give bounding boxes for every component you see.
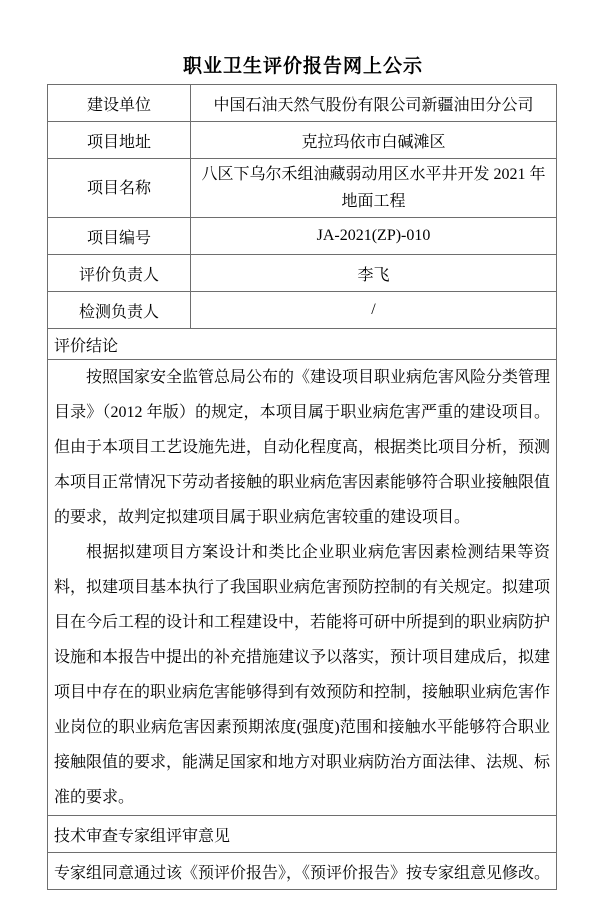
review-comment: 专家组同意通过该《预评价报告》，《预评价报告》按专家组意见修改。 xyxy=(48,853,557,890)
row-project-number: 项目编号 JA-2021(ZP)-010 xyxy=(48,218,557,255)
row-project-name: 项目名称 八区下乌尔禾组油藏弱动用区水平井开发 2021 年地面工程 xyxy=(48,159,557,218)
row-project-address: 项目地址 克拉玛依市白碱滩区 xyxy=(48,122,557,159)
conclusion-text-cell: 按照国家安全监管总局公布的《建设项目职业病危害风险分类管理目录》（2012 年版… xyxy=(48,360,557,816)
conclusion-header: 评价结论 xyxy=(48,329,557,360)
field-value: 克拉玛依市白碱滩区 xyxy=(191,122,557,159)
row-conclusion-header: 评价结论 xyxy=(48,329,557,360)
row-evaluation-lead: 评价负责人 李飞 xyxy=(48,255,557,292)
field-value: 八区下乌尔禾组油藏弱动用区水平井开发 2021 年地面工程 xyxy=(191,159,557,218)
row-construction-unit: 建设单位 中国石油天然气股份有限公司新疆油田分公司 xyxy=(48,85,557,122)
field-value: 中国石油天然气股份有限公司新疆油田分公司 xyxy=(191,85,557,122)
conclusion-paragraph-1: 按照国家安全监管总局公布的《建设项目职业病危害风险分类管理目录》（2012 年版… xyxy=(54,360,550,535)
row-testing-lead: 检测负责人 / xyxy=(48,292,557,329)
document-page: 职业卫生评价报告网上公示 建设单位 中国石油天然气股份有限公司新疆油田分公司 项… xyxy=(0,0,606,903)
field-label: 检测负责人 xyxy=(48,292,191,329)
field-value: 李飞 xyxy=(191,255,557,292)
row-review-header: 技术审查专家组评审意见 xyxy=(48,816,557,853)
publicity-table: 建设单位 中国石油天然气股份有限公司新疆油田分公司 项目地址 克拉玛依市白碱滩区… xyxy=(47,84,557,890)
row-review-comment: 专家组同意通过该《预评价报告》，《预评价报告》按专家组意见修改。 xyxy=(48,853,557,890)
page-title: 职业卫生评价报告网上公示 xyxy=(0,0,606,84)
field-label: 评价负责人 xyxy=(48,255,191,292)
field-value: / xyxy=(191,292,557,329)
field-value: JA-2021(ZP)-010 xyxy=(191,218,557,255)
field-label: 项目地址 xyxy=(48,122,191,159)
row-conclusion-text: 按照国家安全监管总局公布的《建设项目职业病危害风险分类管理目录》（2012 年版… xyxy=(48,360,557,816)
field-label: 建设单位 xyxy=(48,85,191,122)
review-header: 技术审查专家组评审意见 xyxy=(48,816,557,853)
field-label: 项目编号 xyxy=(48,218,191,255)
conclusion-paragraph-2: 根据拟建项目方案设计和类比企业职业病危害因素检测结果等资料，拟建项目基本执行了我… xyxy=(54,535,550,815)
field-label: 项目名称 xyxy=(48,159,191,218)
